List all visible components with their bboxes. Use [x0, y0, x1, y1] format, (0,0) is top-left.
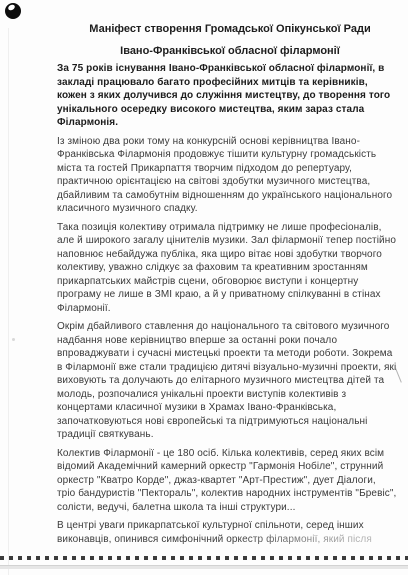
- paragraph: Окрім дбайливого ставлення до національн…: [57, 320, 407, 442]
- scanned-document-page: Маніфест створення Громадської Опікунськ…: [0, 0, 408, 575]
- paragraph-line: Така позиція колективу отримала підтримк…: [57, 221, 407, 235]
- paragraph-line: започатковуються нові європейські та під…: [57, 415, 407, 429]
- paragraph-line: дбайливим та самобутнім відношенням до у…: [57, 189, 407, 203]
- paragraph-line: відомий Академічний камерний оркестр "Га…: [57, 460, 407, 474]
- black-bead-icon: [5, 3, 21, 19]
- document-title-line2: Івано-Франківської обласної філармонії: [57, 40, 403, 62]
- paragraph-line: Філармонії.: [57, 302, 407, 316]
- paragraph-line: практичною орієнтацією на світові здобут…: [57, 175, 407, 189]
- paragraph-line: надбання нове керівництво вперше за оста…: [57, 334, 407, 348]
- paragraph-line: виховують та долучають до елітарного муз…: [57, 374, 407, 388]
- paragraph-line: наповнює небайдужа публіка, яка щиро віт…: [57, 248, 407, 262]
- page-edge-line: [8, 28, 9, 575]
- paragraph-line: закладі працювало багато професійних мит…: [57, 76, 407, 90]
- paragraph-line: кожен з яких долучився до служіння мисте…: [57, 89, 407, 103]
- paragraph-line: концертами класичної музики в Храмах Іва…: [57, 401, 407, 415]
- paragraph: Така позиція колективу отримала підтримк…: [57, 221, 407, 316]
- paragraph-line: класичного музичного спадку.: [57, 202, 407, 216]
- document-body: За 75 років існування Івано-Франківської…: [57, 62, 407, 551]
- paragraph-line: молодь, розпочалися унікальні проекти ви…: [57, 388, 407, 402]
- paragraph: За 75 років існування Івано-Франківської…: [57, 62, 407, 130]
- paragraph: В центрі уваги прикарпатської культурної…: [57, 519, 407, 546]
- document-title-line1: Маніфест створення Громадської Опікунськ…: [57, 18, 403, 40]
- paragraph-line: оркестр "Кватро Корде", джаз-квартет "Ар…: [57, 474, 407, 488]
- paragraph: Із зміною два роки тому на конкурсній ос…: [57, 135, 407, 216]
- paragraph: Колектив Філармонії - це 180 осіб. Кільк…: [57, 447, 407, 515]
- paragraph-line: традиції святкувань.: [57, 428, 407, 442]
- document-title: Маніфест створення Громадської Опікунськ…: [57, 18, 403, 62]
- paragraph-line: Колектив Філармонії - це 180 осіб. Кільк…: [57, 447, 407, 461]
- scan-speck-artifact: [12, 338, 15, 341]
- paragraph-line: впроваджувати і сучасні мистецькі проект…: [57, 347, 407, 361]
- paragraph-line: Із зміною два роки тому на конкурсній ос…: [57, 135, 407, 149]
- paragraph-line: унікального осередку високого мистецтва,…: [57, 103, 407, 117]
- paragraph-line: солісти, ведучі, балетна школа та інші с…: [57, 501, 407, 515]
- paragraph-line: але й широкого загалу цінителів музики. …: [57, 234, 407, 248]
- paragraph-line: програму не лише в ЗМІ краю, а й у прива…: [57, 288, 407, 302]
- paragraph-line: прикарпатських майстрів сцени, обговорює…: [57, 275, 407, 289]
- paragraph-line: тріо бандуристів "Пектораль", колектив н…: [57, 487, 407, 501]
- paragraph-line: міста та гостей Прикарпаття творчим підх…: [57, 162, 407, 176]
- paragraph-line: в Філармонії вже стали традицією дитячі …: [57, 361, 407, 375]
- paragraph-line: колективу, уважно слідкує за фаховим та …: [57, 261, 407, 275]
- bottom-page-rule: [0, 565, 408, 569]
- dashed-separator-line: [0, 556, 408, 560]
- paragraph-line: В центрі уваги прикарпатської культурної…: [57, 519, 407, 533]
- paragraph-line: За 75 років існування Івано-Франківської…: [57, 62, 407, 76]
- paragraph-line: Окрім дбайливого ставлення до національн…: [57, 320, 407, 334]
- paragraph-line: виконавців, опинився симфонічний оркестр…: [57, 533, 407, 547]
- paragraph-line: Філармонія.: [57, 116, 407, 130]
- paragraph-line: Франківська Філармонія продовжує тішити …: [57, 148, 407, 162]
